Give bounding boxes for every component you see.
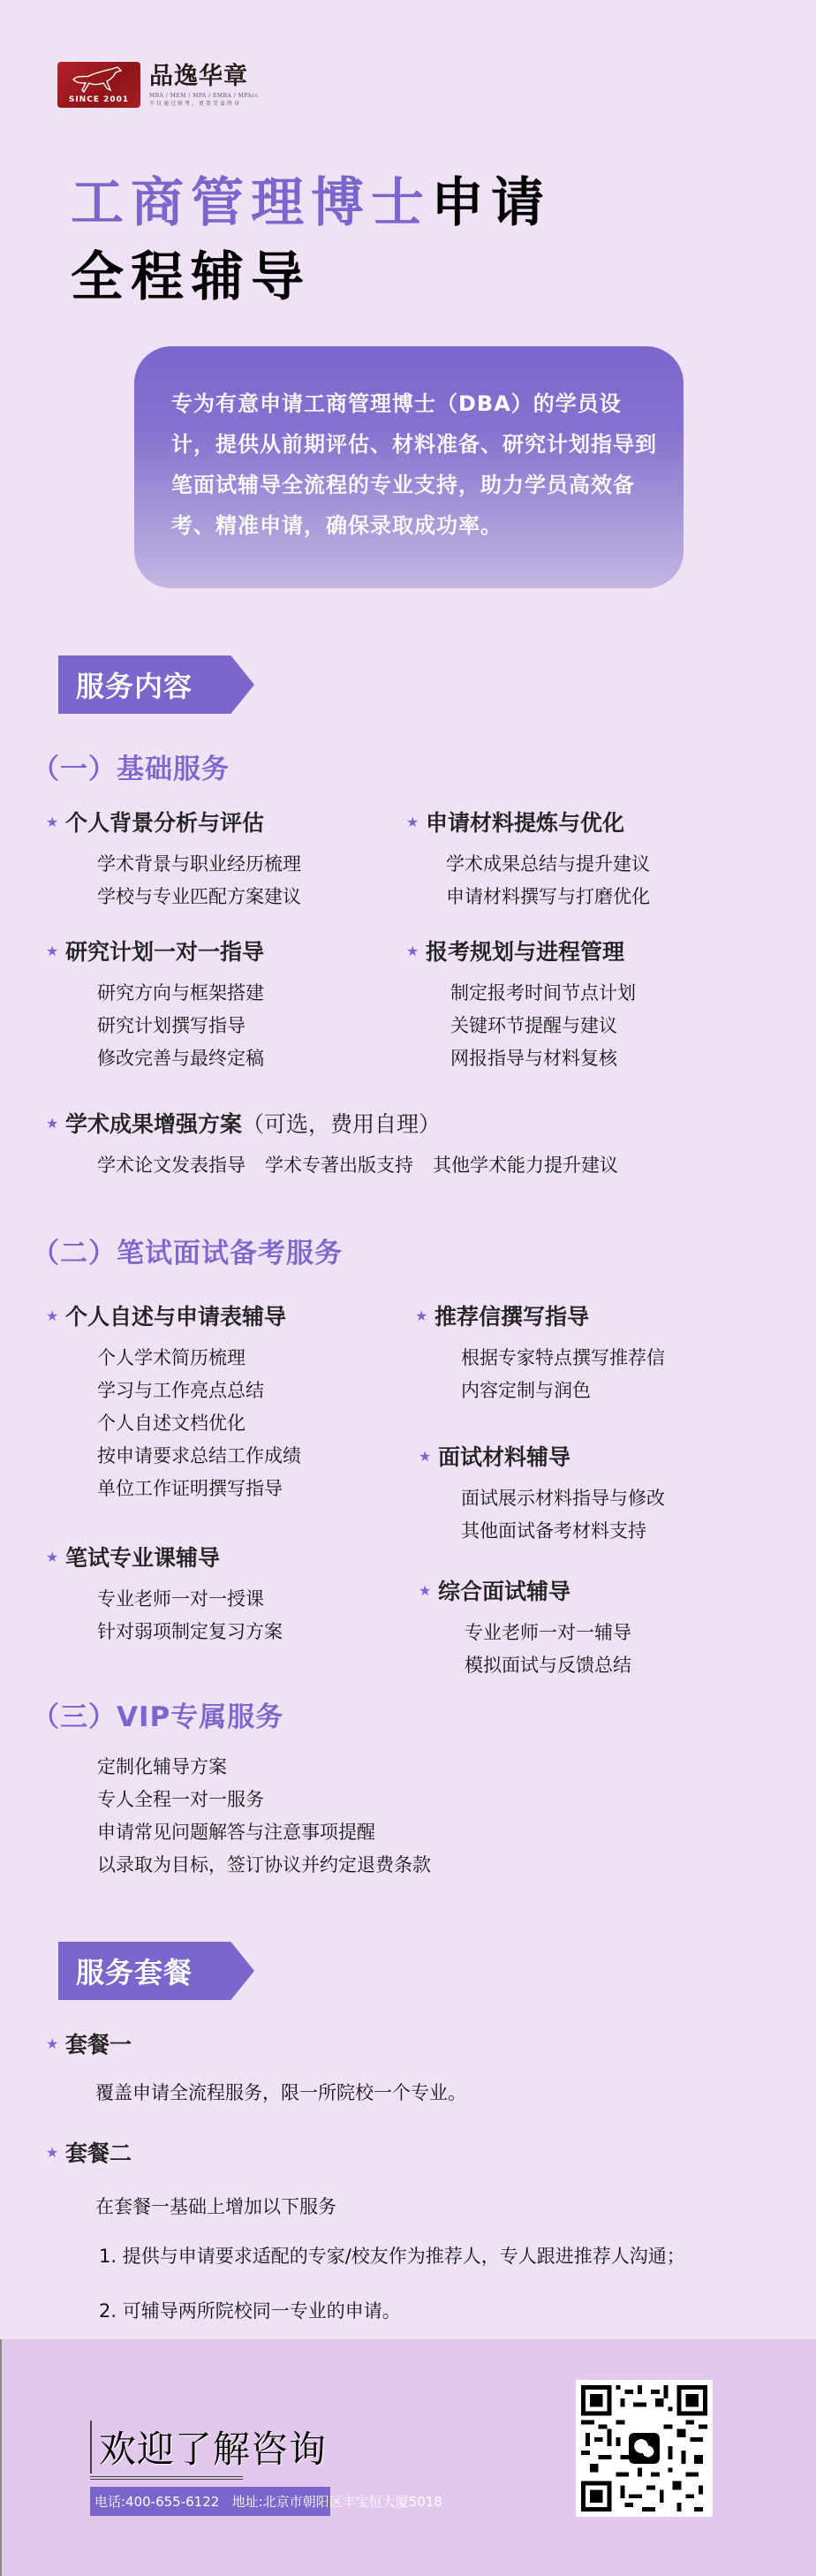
item-line: 关键环节提醒与建议 — [450, 1010, 636, 1042]
contact-underline — [90, 2476, 243, 2480]
star-icon: ★ — [46, 1115, 58, 1132]
item-title: 推荐信撰写指导 — [434, 1299, 589, 1331]
banner-label: 服务内容 — [76, 664, 193, 705]
item-line: 专业老师一对一授课 — [97, 1583, 283, 1616]
item-line: 制定报考时间节点计划 — [450, 977, 636, 1010]
exam-services-heading: （二）笔试面试备考服务 — [32, 1231, 343, 1270]
exam-item-3: ★面试材料辅导 面试展示材料指导与修改 其他面试备考材料支持 — [419, 1440, 665, 1548]
vip-services-heading: （三）VIP专属服务 — [32, 1694, 283, 1734]
horse-icon — [70, 65, 128, 95]
logo-name: 品逸华章 — [149, 64, 259, 90]
vip-line: 定制化辅导方案 — [97, 1751, 431, 1784]
contact-title: 欢迎了解咨询 — [90, 2421, 334, 2474]
star-icon: ★ — [46, 1307, 58, 1324]
item-title: 笔试专业课辅导 — [65, 1541, 220, 1572]
item-title: 报考规划与进程管理 — [426, 935, 624, 966]
basic-item-4: ★报考规划与进程管理 制定报考时间节点计划 关键环节提醒与建议 网报指导与材料复… — [406, 935, 636, 1075]
logo-badge: SINCE 2001 — [57, 62, 140, 108]
star-icon: ★ — [406, 943, 419, 959]
package-title: 套餐二 — [65, 2136, 132, 2168]
package-list-item: 2. 可辅导两所院校同一专业的申请。 — [46, 2297, 685, 2323]
academic-enhancement: ★学术成果增强方案（可选，费用自理） 学术论文发表指导 学术专著出版支持 其他学… — [46, 1107, 618, 1182]
item-line: 学习与工作亮点总结 — [97, 1375, 301, 1407]
vip-line: 专人全程一对一服务 — [97, 1784, 431, 1816]
package-list-item: 1. 提供与申请要求适配的专家/校友作为推荐人，专人跟进推荐人沟通； — [46, 2242, 685, 2269]
basic-item-3: ★研究计划一对一指导 研究方向与框架搭建 研究计划撰写指导 修改完善与最终定稿 — [46, 935, 264, 1075]
title-line2: 全程辅导 — [71, 240, 551, 314]
star-icon: ★ — [406, 814, 419, 830]
logo-slogan: 不仅通过联考，更要受益终身 — [149, 99, 259, 107]
item-title: 面试材料辅导 — [438, 1440, 570, 1472]
item-line: 研究方向与框架搭建 — [97, 977, 264, 1010]
banner-label: 服务套餐 — [76, 1951, 193, 1991]
basic-item-2: ★申请材料提炼与优化 学术成果总结与提升建议 申请材料撰写与打磨优化 — [406, 806, 650, 913]
item-note: （可选，费用自理） — [242, 1107, 441, 1139]
star-icon: ★ — [46, 1549, 58, 1565]
page-title: 工商管理博士申请 全程辅导 — [71, 166, 551, 314]
service-content-banner: 服务内容 — [58, 655, 254, 714]
brand-logo: SINCE 2001 品逸华章 MBA / MEM / MPA / EMBA /… — [57, 62, 259, 108]
item-title: 研究计划一对一指导 — [65, 935, 264, 966]
star-icon: ★ — [46, 2035, 58, 2052]
package-desc: 在套餐一基础上增加以下服务 — [46, 2193, 685, 2219]
item-line: 其他学术能力提升建议 — [433, 1149, 618, 1182]
item-line: 网报指导与材料复核 — [450, 1042, 636, 1075]
package-title: 套餐一 — [65, 2027, 132, 2059]
item-line: 研究计划撰写指导 — [97, 1010, 264, 1042]
exam-item-4: ★笔试专业课辅导 专业老师一对一授课 针对弱项制定复习方案 — [46, 1541, 283, 1648]
item-line: 学术专著出版支持 — [265, 1149, 413, 1182]
item-line: 修改完善与最终定稿 — [97, 1042, 264, 1075]
title-black: 申请 — [431, 172, 551, 234]
star-icon: ★ — [46, 814, 58, 830]
logo-programs: MBA / MEM / MPA / EMBA / MPAcc — [149, 93, 259, 99]
item-title: 个人背景分析与评估 — [65, 806, 264, 837]
item-line: 学术成果总结与提升建议 — [446, 848, 650, 881]
item-title: 申请材料提炼与优化 — [426, 806, 624, 837]
item-title: 综合面试辅导 — [438, 1574, 570, 1606]
contact-info-bar: 电话:400-655-6122 地址:北京市朝阳区丰宝恒大厦5018 — [90, 2487, 330, 2516]
item-line: 学术论文发表指导 — [97, 1149, 246, 1182]
item-title: 个人自述与申请表辅导 — [65, 1299, 286, 1331]
qr-code[interactable] — [576, 2380, 713, 2517]
exam-item-1: ★个人自述与申请表辅导 个人学术简历梳理 学习与工作亮点总结 个人自述文档优化 … — [46, 1299, 301, 1505]
package-2: ★套餐二 在套餐一基础上增加以下服务 1. 提供与申请要求适配的专家/校友作为推… — [46, 2136, 685, 2323]
item-line: 其他面试备考材料支持 — [461, 1515, 665, 1548]
logo-since-text: SINCE 2001 — [57, 95, 140, 104]
item-line: 模拟面试与反馈总结 — [465, 1649, 631, 1682]
item-line: 针对弱项制定复习方案 — [97, 1616, 283, 1648]
vip-line: 以录取为目标，签订协议并约定退费条款 — [97, 1849, 431, 1882]
item-line: 根据专家特点撰写推荐信 — [461, 1342, 665, 1375]
star-icon: ★ — [419, 1448, 431, 1465]
item-line: 申请材料撰写与打磨优化 — [446, 881, 650, 913]
item-line: 面试展示材料指导与修改 — [461, 1482, 665, 1515]
star-icon: ★ — [46, 943, 58, 959]
basic-item-1: ★个人背景分析与评估 学术背景与职业经历梳理 学校与专业匹配方案建议 — [46, 806, 301, 913]
item-line: 个人自述文档优化 — [97, 1407, 301, 1440]
item-line: 专业老师一对一辅导 — [465, 1617, 631, 1649]
item-line: 内容定制与润色 — [461, 1375, 665, 1407]
package-desc: 覆盖申请全流程服务，限一所院校一个专业。 — [46, 2079, 466, 2105]
package-1: ★套餐一 覆盖申请全流程服务，限一所院校一个专业。 — [46, 2027, 466, 2105]
exam-item-5: ★综合面试辅导 专业老师一对一辅导 模拟面试与反馈总结 — [419, 1574, 631, 1682]
item-line: 按申请要求总结工作成绩 — [97, 1440, 301, 1473]
item-title: 学术成果增强方案 — [65, 1107, 242, 1139]
item-line: 学术背景与职业经历梳理 — [97, 848, 301, 881]
star-icon: ★ — [419, 1582, 431, 1599]
item-line: 学校与专业匹配方案建议 — [97, 881, 301, 913]
title-purple: 工商管理博士 — [71, 172, 431, 234]
intro-card: 专为有意申请工商管理博士（DBA）的学员设计，提供从前期评估、材料准备、研究计划… — [134, 346, 684, 588]
item-line: 个人学术简历梳理 — [97, 1342, 301, 1375]
basic-services-heading: （一）基础服务 — [32, 746, 230, 786]
star-icon: ★ — [46, 2144, 58, 2161]
vip-lines: 定制化辅导方案 专人全程一对一服务 申请常见问题解答与注意事项提醒 以录取为目标… — [97, 1751, 431, 1882]
packages-banner: 服务套餐 — [58, 1942, 254, 2000]
item-line: 单位工作证明撰写指导 — [97, 1473, 301, 1505]
star-icon: ★ — [415, 1307, 427, 1324]
vip-line: 申请常见问题解答与注意事项提醒 — [97, 1816, 431, 1849]
intro-text: 专为有意申请工商管理博士（DBA）的学员设计，提供从前期评估、材料准备、研究计划… — [171, 383, 657, 546]
exam-item-2: ★推荐信撰写指导 根据专家特点撰写推荐信 内容定制与润色 — [415, 1299, 665, 1407]
